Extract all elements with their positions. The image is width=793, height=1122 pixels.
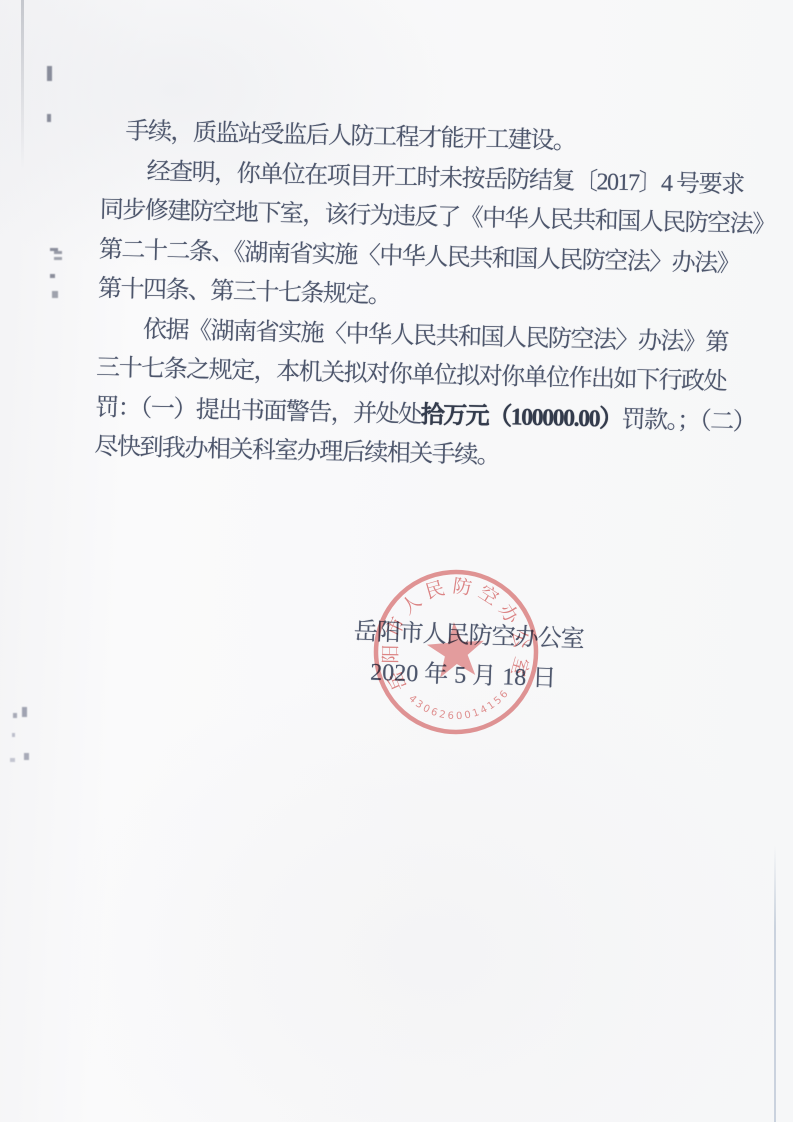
scan-artifact <box>50 274 55 278</box>
penalty-prefix: 罚：（一）提出书面警告，并处处 <box>95 394 421 427</box>
seal-star-icon <box>425 620 486 678</box>
scan-artifact <box>47 66 52 81</box>
scan-artifact <box>10 758 15 762</box>
scan-artifact <box>47 114 51 122</box>
scan-edge-line-left <box>21 0 24 170</box>
scan-artifact <box>24 753 29 760</box>
official-seal: 岳阳市人民防空办公室 4306260014156 <box>339 535 574 770</box>
scan-artifact <box>50 248 58 251</box>
scan-artifact <box>52 291 58 298</box>
document-body: 手续，质监站受监后人防工程才能开工建设。 经查明，你单位在项目开工时未按岳防结复… <box>94 112 742 482</box>
paper-edge-line-right <box>774 845 776 1122</box>
scan-artifact <box>12 733 15 737</box>
penalty-suffix: 罚款。；（二） <box>621 406 755 435</box>
penalty-amount: 拾万元（100000.00） <box>420 402 622 433</box>
scan-artifact <box>22 707 27 717</box>
scan-artifact <box>13 713 17 718</box>
